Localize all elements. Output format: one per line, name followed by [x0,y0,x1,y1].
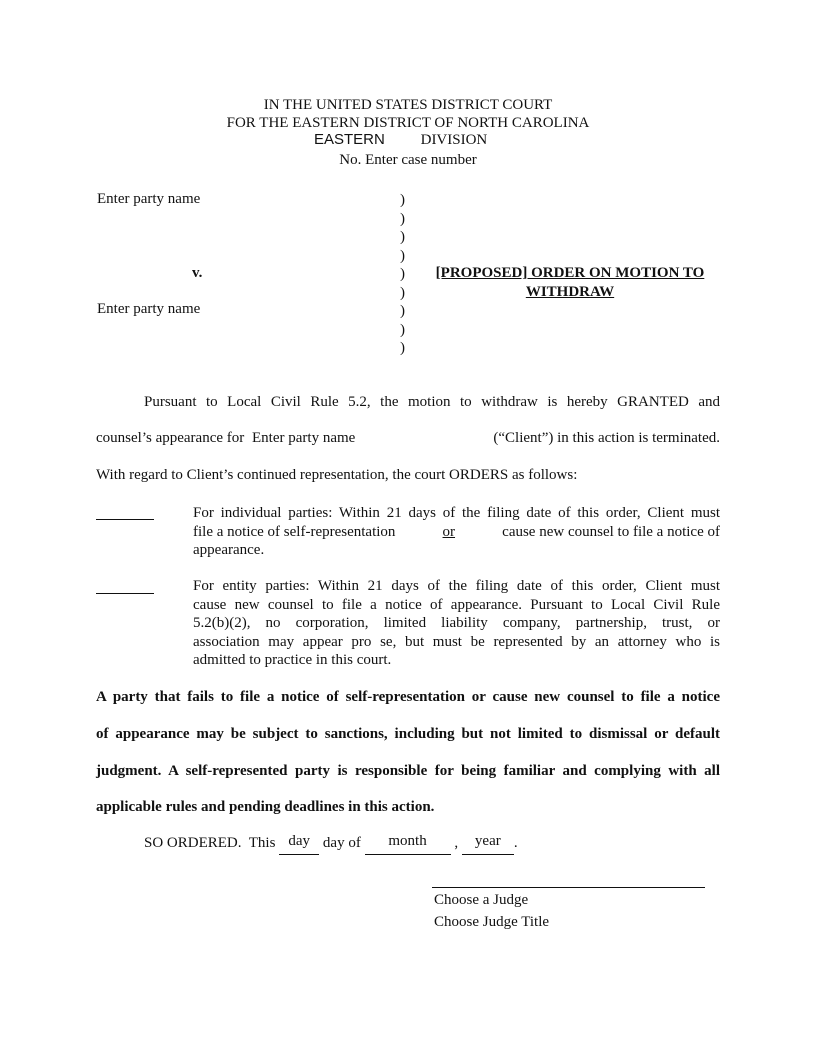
paren: ) [400,247,405,266]
orders-intro: With regard to Client’s continued repres… [96,467,577,484]
district-name: FOR THE EASTERN DISTRICT OF NORTH CAROLI… [0,114,816,132]
individual-check-blank[interactable] [96,519,154,520]
party2-field[interactable]: Enter party name [97,301,200,318]
paren: ) [400,302,405,321]
court-name: IN THE UNITED STATES DISTRICT COURT [0,96,816,114]
year-field[interactable]: year [462,838,514,855]
entity-check-blank[interactable] [96,593,154,594]
division-label: DIVISION [421,132,488,148]
paren: ) [400,284,405,303]
party1-field[interactable]: Enter party name [97,191,200,208]
paren: ) [400,191,405,210]
day-field[interactable]: day [279,838,319,855]
division-line: EASTERN DIVISION [314,131,487,149]
client-suffix: (“Client”) in this action is terminated. [469,430,720,447]
sanctions-warning: A party that fails to file a notice of s… [96,689,720,835]
so-ordered-line: SO ORDERED. This day day of month , year… [144,835,518,853]
title-line-2: WITHDRAW [420,283,720,302]
division-field[interactable]: EASTERN [314,131,385,148]
month-field[interactable]: month [365,838,451,855]
caption-bracket: ) ) ) ) ) ) ) ) ) [400,191,405,358]
paren: ) [400,339,405,358]
judge-title-field[interactable]: Choose Judge Title [434,914,549,931]
paren: ) [400,321,405,340]
judge-name-field[interactable]: Choose a Judge [434,892,528,909]
entity-parties-item: For entity parties: Within 21 days of th… [193,577,720,670]
case-number-field[interactable]: Enter case number [365,152,477,168]
case-number-line: No. Enter case number [0,151,816,169]
granted-paragraph-line2: counsel’s appearance for Enter party nam… [96,430,355,447]
client-party-field[interactable]: Enter party name [252,430,355,446]
signature-line [432,887,705,888]
case-number-prefix: No. [339,152,361,168]
paren: ) [400,210,405,229]
paren: ) [400,228,405,247]
paren: ) [400,265,405,284]
versus-label: v. [192,265,202,282]
emphasis-or: or [443,523,456,542]
document-title: [PROPOSED] ORDER ON MOTION TO WITHDRAW [420,264,720,302]
title-line-1: [PROPOSED] ORDER ON MOTION TO [420,264,720,283]
granted-paragraph-line1: Pursuant to Local Civil Rule 5.2, the mo… [144,394,720,411]
individual-parties-item: For individual parties: Within 21 days o… [193,504,720,560]
